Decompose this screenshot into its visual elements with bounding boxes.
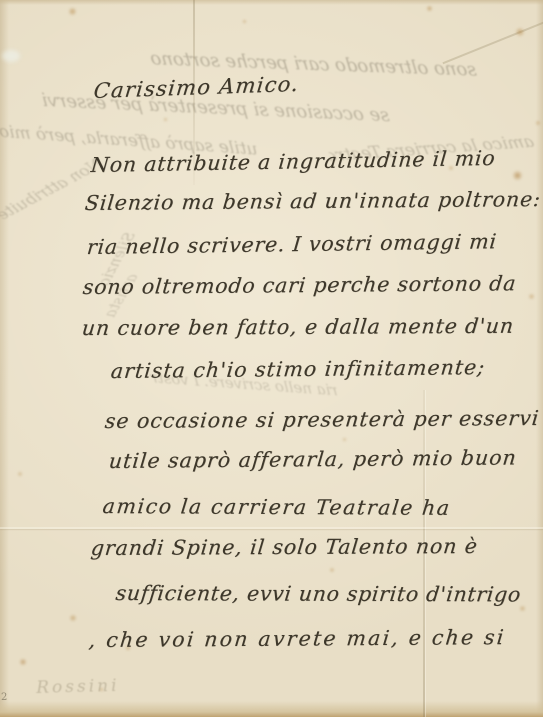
letter-line: sufficiente, evvi uno spirito d'intrigo — [114, 582, 522, 607]
letter-line: Non attribuite a ingratitudine il mio — [90, 147, 497, 178]
letter-line: grandi Spine, il solo Talento non è — [90, 535, 479, 561]
foxing-spot — [342, 437, 347, 442]
letter-line: artista ch'io stimo infinitamente; — [110, 356, 486, 383]
foxing-spot — [519, 605, 526, 612]
crease-diagonal-top-right — [442, 14, 543, 64]
letter-line: amico la carriera Teatrale ha — [101, 495, 452, 520]
pale-stain — [2, 50, 20, 62]
edge-mark: 2 — [1, 692, 7, 703]
letter-line: ria nello scrivere. I vostri omaggi mi — [86, 230, 498, 259]
foxing-spot — [19, 658, 27, 666]
letter-line: Silenzio ma bensì ad un'innata poltrone: — [84, 188, 542, 216]
letter-page: sono oltremodo cari perche sortono da se… — [0, 0, 543, 717]
foxing-spot — [242, 19, 247, 24]
foxing-spot — [535, 120, 541, 126]
letter-line: sono oltremodo cari perche sortono da — [82, 272, 518, 299]
letter-line: utile saprò afferarla, però mio buon — [108, 446, 518, 473]
salutation: Carissimo Amico. — [92, 72, 300, 103]
foxing-spot — [512, 170, 523, 181]
letter-line: un cuore ben fatto, e dalla mente d'un — [81, 315, 515, 341]
foxing-spot — [528, 293, 535, 300]
foxing-spot — [329, 567, 335, 573]
foxing-spot — [68, 7, 77, 16]
foxing-spot — [426, 5, 433, 12]
foxing-spot — [515, 27, 525, 37]
letter-line: , che voi non avrete mai, e che si — [88, 626, 507, 652]
foxing-spot — [163, 117, 168, 122]
fold-crease-horizontal — [0, 527, 543, 529]
pencil-annotation: Rossini — [36, 676, 120, 698]
foxing-spot — [17, 471, 23, 477]
letter-line: se occasione si presenterà per esservi — [104, 407, 541, 434]
foxing-spot — [69, 614, 77, 622]
